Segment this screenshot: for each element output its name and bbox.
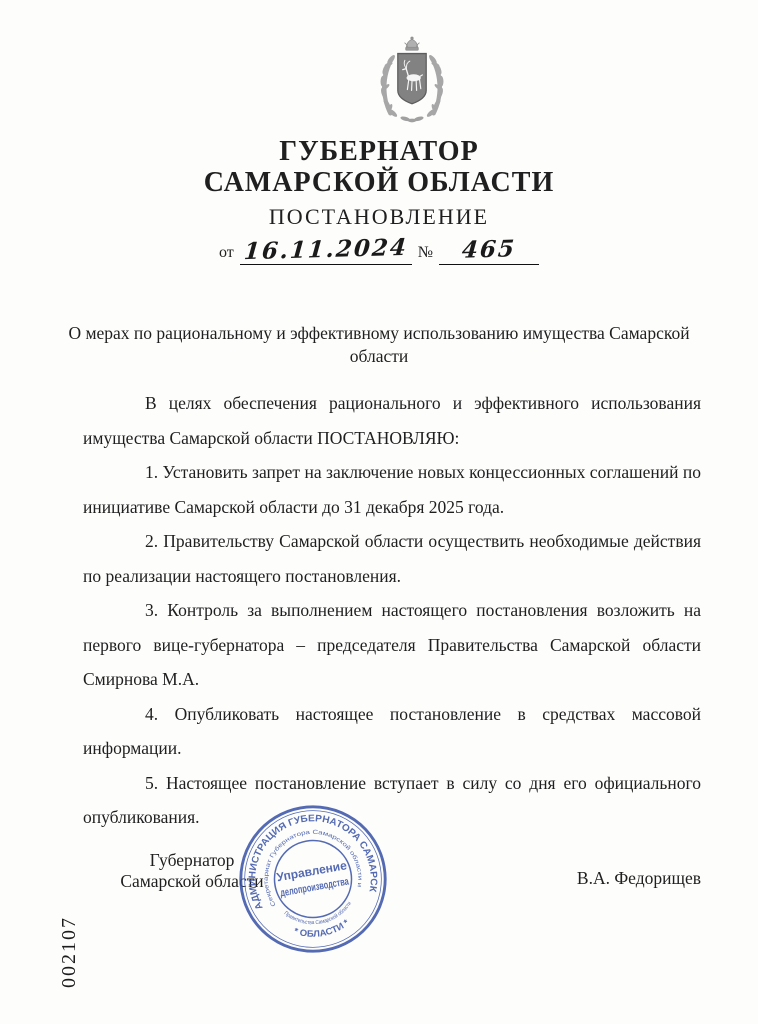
date-field: 16.11.2024: [240, 236, 412, 265]
item-5-paragraph: 5. Настоящее постановление вступает в си…: [83, 766, 701, 835]
document-page: ГУБЕРНАТОР САМАРСКОЙ ОБЛАСТИ ПОСТАНОВЛЕН…: [0, 0, 758, 1024]
org-name-line1: ГУБЕРНАТОР: [0, 136, 758, 168]
item-4-paragraph: 4. Опубликовать настоящее постановление …: [83, 697, 701, 766]
date-number-line: от 16.11.2024 № 465: [0, 236, 758, 265]
document-title: О мерах по рациональному и эффективному …: [49, 322, 709, 368]
preamble-paragraph: В целях обеспечения рационального и эффе…: [83, 386, 701, 455]
document-body: В целях обеспечения рационального и эффе…: [83, 386, 701, 835]
samara-coat-of-arms-icon: [368, 36, 456, 128]
serial-number: 002107: [58, 916, 81, 988]
item-3-paragraph: 3. Контроль за выполнением настоящего по…: [83, 593, 701, 697]
date-prefix-label: от: [219, 244, 234, 265]
item-1-paragraph: 1. Установить запрет на заключение новых…: [83, 455, 701, 524]
handwritten-date: 16.11.2024: [243, 234, 409, 265]
item-2-paragraph: 2. Правительству Самарской области осуще…: [83, 524, 701, 593]
org-name-line2: САМАРСКОЙ ОБЛАСТИ: [0, 167, 758, 199]
number-sign-label: №: [418, 244, 433, 265]
signer-name: В.А. Федорищев: [577, 868, 701, 889]
office-stamp: АДМИНИСТРАЦИЯ ГУБЕРНАТОРА САМАРСКОЙ * ОБ…: [224, 790, 402, 968]
number-field: 465: [439, 236, 539, 265]
handwritten-number: 465: [461, 235, 517, 263]
document-type: ПОСТАНОВЛЕНИЕ: [0, 204, 758, 230]
